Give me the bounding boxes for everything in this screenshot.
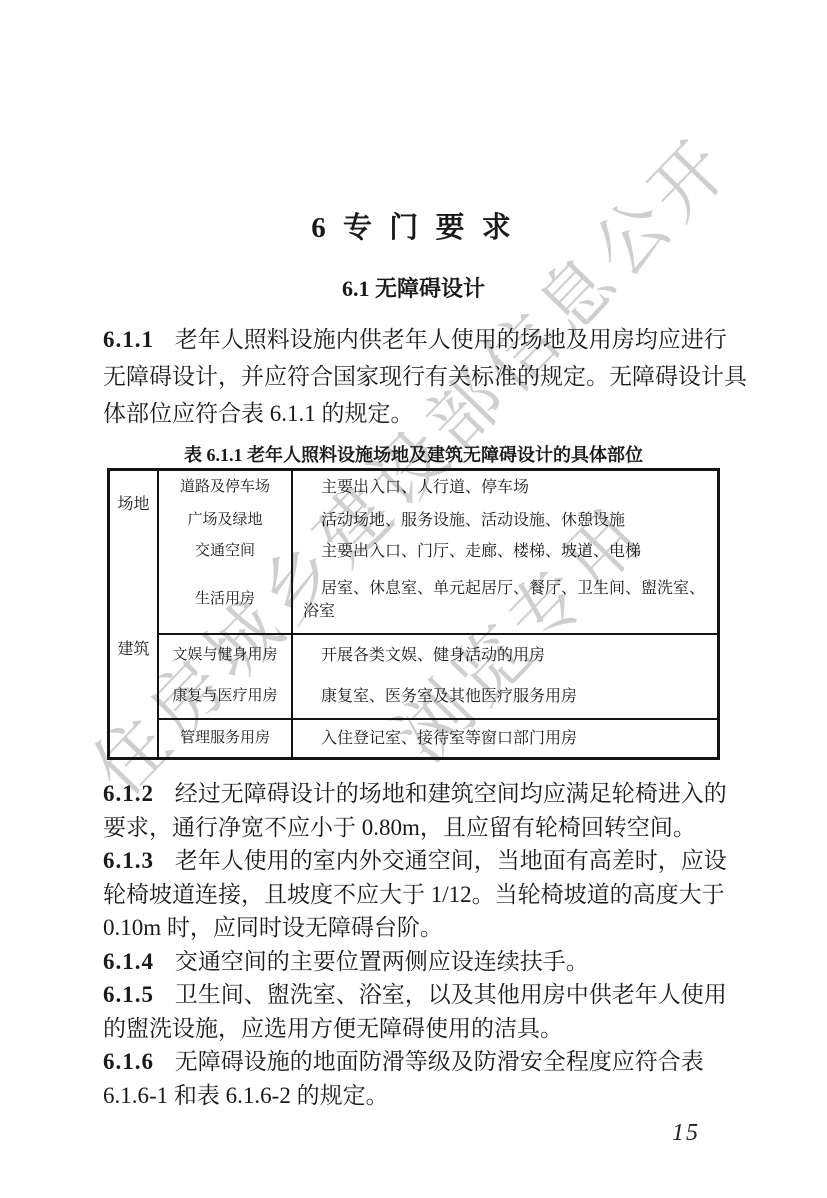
- clause-line: 6.1.2经过无障碍设计的场地和建筑空间均应满足轮椅进入的: [103, 777, 733, 811]
- category-cell: 生活用房: [159, 567, 293, 633]
- items-cell: 主要出入口、人行道、停车场: [293, 471, 717, 505]
- clauses-6-1-2-to-6-1-6: 6.1.2经过无障碍设计的场地和建筑空间均应满足轮椅进入的要求，通行净宽不应小于…: [103, 777, 733, 1112]
- category-cell: 康复与医疗用房: [159, 676, 293, 718]
- table-caption: 表 6.1.1 老年人照料设施场地及建筑无障碍设计的具体部位: [0, 441, 827, 467]
- page-number: 15: [672, 1120, 700, 1147]
- category-cell: 道路及停车场: [159, 471, 293, 505]
- group-label-site: 场地: [110, 493, 157, 516]
- category-cell: 文娱与健身用房: [159, 633, 293, 676]
- items-text: 康复室、医务室及其他医疗服务用房: [303, 685, 577, 708]
- clause-line: 的盥洗设施，应选用方便无障碍使用的洁具。: [103, 1012, 733, 1046]
- clause-line: 6.1.6无障碍设施的地面防滑等级及防滑安全程度应符合表: [103, 1045, 733, 1079]
- clause-line: 6.1.6-1 和表 6.1.6-2 的规定。: [103, 1079, 733, 1113]
- category-cell: 交通空间: [159, 536, 293, 567]
- chapter-title: 6 专 门 要 求: [0, 205, 827, 246]
- clause: 6.1.5卫生间、盥洗室、浴室，以及其他用房中供老年人使用的盥洗设施，应选用方便…: [103, 978, 733, 1045]
- clause-number: 6.1.5: [103, 982, 154, 1007]
- group-label-building: 建筑: [110, 638, 157, 661]
- clause-line: 6.1.4交通空间的主要位置两侧应设连续扶手。: [103, 945, 733, 979]
- clause-line: 无障碍设计，并应符合国家现行有关标准的规定。无障碍设计具: [103, 358, 733, 395]
- clause: 6.1.2经过无障碍设计的场地和建筑空间均应满足轮椅进入的要求，通行净宽不应小于…: [103, 777, 733, 844]
- clause-line: 体部位应符合表 6.1.1 的规定。: [103, 395, 733, 432]
- category-cell: 广场及绿地: [159, 505, 293, 536]
- clause: 6.1.3老年人使用的室内外交通空间，当地面有高差时，应设轮椅坡道连接，且坡度不…: [103, 844, 733, 945]
- section-title: 6.1 无障碍设计: [0, 272, 827, 303]
- clause-number: 6.1.3: [103, 848, 154, 873]
- items-text: 开展各类文娱、健身活动的用房: [303, 644, 545, 667]
- items-text: 主要出入口、门厅、走廊、楼梯、坡道、电梯: [303, 540, 641, 563]
- category-cell: 管理服务用房: [159, 718, 293, 757]
- clause-number: 6.1.4: [103, 949, 154, 974]
- content-layer: 6 专 门 要 求 6.1 无障碍设计 6.1.1老年人照料设施内供老年人使用的…: [0, 0, 827, 1198]
- clause-line: 要求，通行净宽不应小于 0.80m，且应留有轮椅回转空间。: [103, 811, 733, 845]
- items-cell: 康复室、医务室及其他医疗服务用房: [293, 676, 717, 718]
- items-cell: 活动场地、服务设施、活动设施、休憩设施: [293, 505, 717, 536]
- clause-line: 6.1.3老年人使用的室内外交通空间，当地面有高差时，应设: [103, 844, 733, 878]
- items-cell: 入住登记室、接待室等窗口部门用房: [293, 718, 717, 757]
- clause-line: 6.1.1老年人照料设施内供老年人使用的场地及用房均应进行: [103, 321, 733, 358]
- clause: 6.1.6无障碍设施的地面防滑等级及防滑安全程度应符合表6.1.6-1 和表 6…: [103, 1045, 733, 1112]
- clause-number: 6.1.2: [103, 781, 154, 806]
- clause-6-1-1: 6.1.1老年人照料设施内供老年人使用的场地及用房均应进行无障碍设计，并应符合国…: [103, 321, 733, 432]
- clause-line: 6.1.5卫生间、盥洗室、浴室，以及其他用房中供老年人使用: [103, 978, 733, 1012]
- table-6-1-1: 场地 建筑 道路及停车场主要出入口、人行道、停车场广场及绿地活动场地、服务设施、…: [107, 468, 720, 760]
- items-cell: 主要出入口、门厅、走廊、楼梯、坡道、电梯: [293, 536, 717, 567]
- items-text: 主要出入口、人行道、停车场: [303, 476, 529, 499]
- document-page: 住房城乡建设部信息公开 浏览专用 6 专 门 要 求 6.1 无障碍设计 6.1…: [0, 0, 827, 1198]
- table-group-column: 场地 建筑: [110, 471, 159, 757]
- items-cell: 居室、休息室、单元起居厅、餐厅、卫生间、盥洗室、浴室: [293, 567, 717, 633]
- clause: 6.1.1老年人照料设施内供老年人使用的场地及用房均应进行无障碍设计，并应符合国…: [103, 321, 733, 432]
- clause-number: 6.1.1: [103, 327, 154, 352]
- items-cell: 开展各类文娱、健身活动的用房: [293, 633, 717, 676]
- clause-line: 0.10m 时，应同时设无障碍台阶。: [103, 911, 733, 945]
- clause-line: 轮椅坡道连接，且坡度不应大于 1/12。当轮椅坡道的高度大于: [103, 878, 733, 912]
- items-text: 入住登记室、接待室等窗口部门用房: [303, 727, 577, 750]
- clause: 6.1.4交通空间的主要位置两侧应设连续扶手。: [103, 945, 733, 979]
- items-text: 居室、休息室、单元起居厅、餐厅、卫生间、盥洗室、浴室: [303, 577, 709, 623]
- items-text: 活动场地、服务设施、活动设施、休憩设施: [303, 509, 625, 532]
- clause-number: 6.1.6: [103, 1049, 154, 1074]
